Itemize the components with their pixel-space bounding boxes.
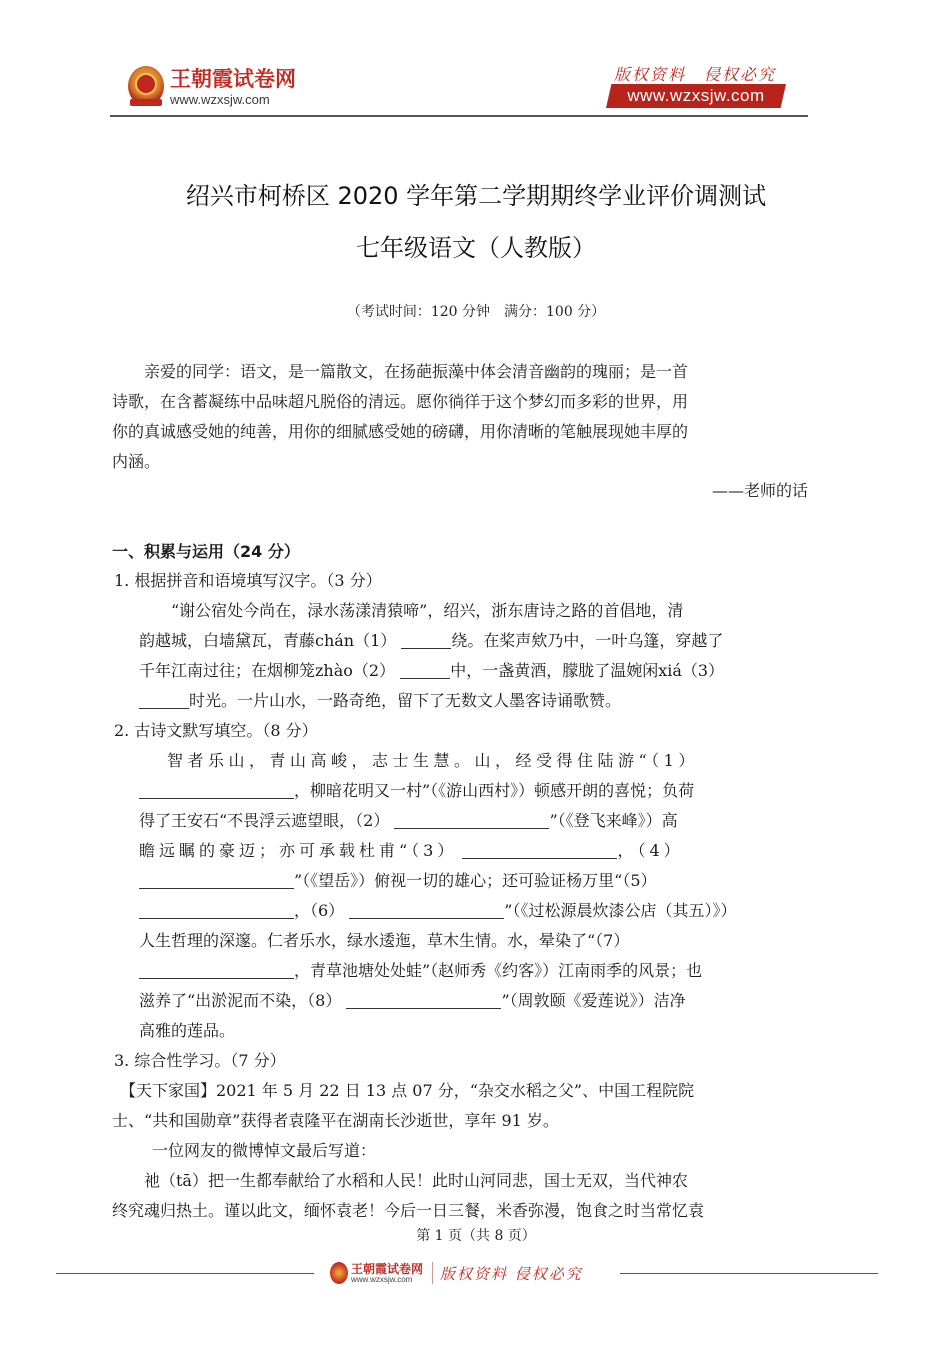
q3-line: 士、“共和国勋章”获得者袁隆平在湖南长沙逝世，享年 91 岁。: [112, 1106, 812, 1136]
intro-line: 你的真诚感受她的纯善，用你的细腻感受她的磅礴，用你清晰的笔触展现她丰厚的: [112, 417, 812, 447]
question-1-body: “谢公宿处今尚在，渌水荡漾清猿啼”，绍兴，浙东唐诗之路的首倡地，清 韵越城，白墙…: [139, 596, 811, 716]
section-heading: 一、积累与运用（24 分）: [112, 539, 300, 562]
q1-line: 时光。一片山水，一路奇绝，留下了无数文人墨客诗诵歌赞。: [139, 686, 811, 716]
q3-line: 终究魂归热土。谨以此文，缅怀袁老！今后一日三餐，米香弥漫，饱食之时当常忆袁: [112, 1196, 812, 1226]
footer-logo-url: www.wzxsjw.com: [351, 1275, 412, 1284]
page-number: 第 1 页（共 8 页）: [0, 1225, 952, 1245]
q2-line: 得了王安石“不畏浮云遮望眼，（2） ”（《登飞来峰》）高: [139, 806, 811, 836]
logo-url: www.wzxsjw.com: [170, 92, 270, 108]
intro-line: 亲爱的同学：语文，是一篇散文，在扬葩振藻中体会清音幽韵的瑰丽；是一首: [112, 357, 812, 387]
copyright-notice: 版权资料 侵权必究: [614, 62, 776, 85]
footer-rule-left: [56, 1273, 314, 1274]
poem-blank-7[interactable]: [139, 960, 294, 979]
question-3-label: 3. 综合性学习。（7 分）: [114, 1046, 286, 1076]
footer-copyright: 版权资料 侵权必究: [440, 1263, 583, 1284]
q2-line: 人生哲理的深邃。仁者乐水，绿水逶迤，草木生情。水，晕染了“（7）: [139, 926, 811, 956]
blank-1[interactable]: [401, 630, 451, 649]
q2-line: 滋养了“出淤泥而不染，（8） ”（周敦颐《爱莲说》）洁净: [139, 986, 811, 1016]
question-1-label: 1. 根据拼音和语境填写汉字。（3 分）: [114, 566, 382, 596]
logo-name: 王朝霞试卷网: [170, 66, 296, 92]
poem-blank-8[interactable]: [346, 990, 501, 1009]
exam-subtitle: 七年级语文（人教版）: [0, 228, 952, 263]
site-logo: 王朝霞试卷网 www.wzxsjw.com: [128, 66, 308, 110]
footer-logo: 王朝霞试卷网 www.wzxsjw.com: [330, 1260, 430, 1288]
poem-blank-4[interactable]: [139, 870, 294, 889]
q1-line: 千年江南过往；在烟柳笼zhào（2） 中，一盏黄酒，朦胧了温婉闲xiá（3）: [139, 656, 811, 686]
intro-signoff: ——老师的话: [712, 478, 808, 501]
q2-line: ”（《望岳》）俯视一切的雄心；还可验证杨万里“（5）: [139, 866, 811, 896]
poem-blank-1[interactable]: [139, 780, 294, 799]
q2-line: ，青草池塘处处蛙”（赵师秀《约客》）江南雨季的风景；也: [139, 956, 811, 986]
intro-line: 诗歌，在含蓄凝练中品味超凡脱俗的清远。愿你徜徉于这个梦幻而多彩的世界，用: [112, 387, 812, 417]
footer-divider: [432, 1262, 433, 1284]
q1-line: “谢公宿处今尚在，渌水荡漾清猿啼”，绍兴，浙东唐诗之路的首倡地，清: [139, 596, 811, 626]
q2-line: ，柳暗花明又一村”（《游山西村》）顿感开朗的喜悦；负荷: [139, 776, 811, 806]
footer-rule-right: [620, 1273, 878, 1274]
q3-line: 祂（tā）把一生都奉献给了水稻和人民！此时山河同悲，国士无双，当代神农: [112, 1166, 812, 1196]
emblem-icon: [128, 66, 164, 106]
q1-line: 韵越城，白墙黛瓦，青藤chán（1） 绕。在桨声欸乃中，一叶乌篷，穿越了: [139, 626, 811, 656]
question-2-label: 2. 古诗文默写填空。（8 分）: [114, 716, 318, 746]
poem-blank-2[interactable]: [394, 810, 549, 829]
emblem-icon: [330, 1262, 348, 1284]
exam-title: 绍兴市柯桥区 2020 学年第二学期期终学业评价调测试: [0, 176, 952, 211]
url-banner: www.wzxsjw.com: [606, 84, 786, 108]
exam-info: （考试时间：120 分钟 满分：100 分）: [0, 301, 952, 321]
blank-3[interactable]: [139, 690, 189, 709]
q2-line: 瞻远瞩的豪迈；亦可承载杜甫“（3） ，（4）: [139, 836, 811, 866]
q3-line: 一位网友的微博悼文最后写道：: [112, 1136, 812, 1166]
q2-line: ，（6） ”（《过松源晨炊漆公店（其五）》）: [139, 896, 811, 926]
q2-line: 智者乐山，青山高峻，志士生慧。山，经受得住陆游“（1）: [139, 746, 811, 776]
q2-line: 高雅的莲品。: [139, 1016, 811, 1046]
poem-blank-5[interactable]: [139, 900, 294, 919]
poem-blank-6[interactable]: [349, 900, 504, 919]
question-2-body: 智者乐山，青山高峻，志士生慧。山，经受得住陆游“（1） ，柳暗花明又一村”（《游…: [139, 746, 811, 1046]
header-divider: [110, 115, 808, 117]
blank-2[interactable]: [400, 660, 450, 679]
poem-blank-3[interactable]: [462, 840, 617, 859]
question-3-body: 【天下家国】2021 年 5 月 22 日 13 点 07 分，“杂交水稻之父”…: [112, 1076, 812, 1226]
intro-paragraph: 亲爱的同学：语文，是一篇散文，在扬葩振藻中体会清音幽韵的瑰丽；是一首 诗歌，在含…: [112, 357, 812, 477]
intro-line: 内涵。: [112, 447, 812, 477]
q3-line: 【天下家国】2021 年 5 月 22 日 13 点 07 分，“杂交水稻之父”…: [112, 1076, 812, 1106]
